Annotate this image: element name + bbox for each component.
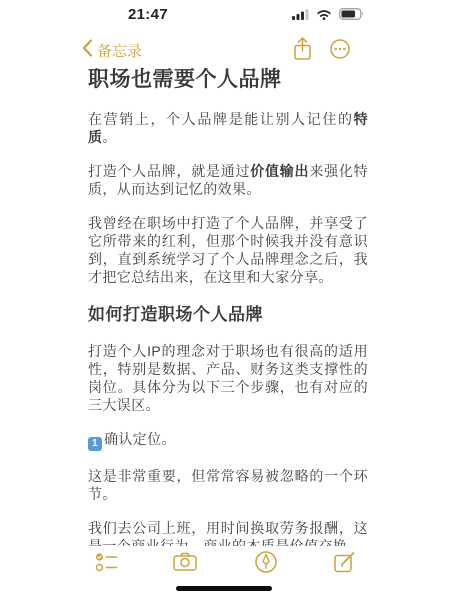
compose-icon[interactable] [332, 549, 358, 575]
paragraph-6: 我们去公司上班，用时间换取劳务报酬，这是一个商业行为，商业的本质是价值交换 [88, 519, 368, 546]
share-icon[interactable] [292, 36, 313, 67]
checklist-icon[interactable] [94, 549, 120, 575]
status-time: 21:47 [128, 6, 168, 23]
paragraph-1: 在营销上，个人品牌是能让别人记住的特质。 [88, 110, 368, 146]
chevron-left-icon [82, 39, 93, 61]
note-editor[interactable]: 职场也需要个人品牌 在营销上，个人品牌是能让别人记住的特质。 打造个人品牌，就是… [88, 66, 368, 546]
camera-icon[interactable] [172, 549, 198, 575]
back-label: 备忘录 [97, 40, 142, 61]
note-subheading: 如何打造职场个人品牌 [88, 304, 368, 326]
notes-app-screen: 21:47 [0, 0, 449, 600]
more-icon[interactable] [329, 38, 351, 65]
status-icons [292, 7, 364, 25]
step-1-line: 1确认定位。 [88, 430, 368, 451]
bottom-toolbar [0, 546, 449, 580]
paragraph-5: 这是非常重要，但常常容易被忽略的一个环节。 [88, 467, 368, 503]
wifi-icon [316, 7, 332, 25]
paragraph-4: 打造个人IP的理念对于职场也有很高的适用性，特别是数据、产品、财务这类支撑性的岗… [88, 342, 368, 414]
markup-icon[interactable] [253, 549, 279, 575]
home-indicator[interactable] [176, 586, 272, 591]
keycap-1-emoji: 1 [88, 437, 102, 451]
note-title: 职场也需要个人品牌 [88, 66, 368, 94]
battery-icon [339, 7, 364, 25]
back-button[interactable]: 备忘录 [82, 39, 142, 61]
paragraph-2: 打造个人品牌，就是通过价值输出来强化特质，从而达到记忆的效果。 [88, 162, 368, 198]
paragraph-3: 我曾经在职场中打造了个人品牌，并享受了它所带来的红利，但那个时候我并没有意识到，… [88, 214, 368, 286]
cellular-signal-icon [292, 7, 309, 25]
